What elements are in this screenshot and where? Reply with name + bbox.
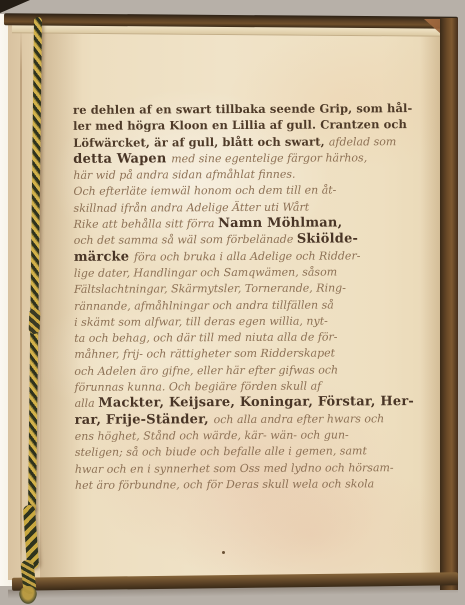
manuscript-text-segment: och det samma så wäl som förbelänade bbox=[74, 233, 297, 247]
manuscript-line: skillnad ifrån andra Adelige Ätter uti W… bbox=[73, 197, 405, 215]
manuscript-line: måhner, frij- och rättigheter som Ridder… bbox=[74, 344, 406, 362]
manuscript-line: här wid på andra sidan afmåhlat finnes. bbox=[73, 164, 405, 182]
manuscript-text-segment: afdelad som bbox=[329, 135, 397, 148]
manuscript-text-segment: ler med högra Kloon en Lillia af gull. C… bbox=[73, 117, 407, 133]
manuscript-line: ta och behag, och där till med niuta all… bbox=[74, 327, 406, 345]
manuscript-line: förunnas kunna. Och begiäre förden skull… bbox=[74, 376, 406, 394]
manuscript-line: i skämt som alfwar, till deras egen will… bbox=[74, 311, 406, 329]
page-gutter-crease bbox=[20, 28, 22, 578]
manuscript-line: steligen; så och biude och befalle alle … bbox=[75, 441, 407, 459]
manuscript-text-segment: ens höghet, Stånd och wärde, kär- wän- o… bbox=[75, 428, 349, 442]
manuscript-line: märcke föra och bruka i alla Adelige och… bbox=[74, 246, 406, 264]
manuscript-line: rar, Frije-Ständer, och alla andra efter… bbox=[75, 409, 407, 427]
manuscript-line: Rike att behålla sitt förra Namn Möhlman… bbox=[74, 213, 406, 231]
manuscript-line: lige dater, Handlingar och Samqwämen, så… bbox=[74, 262, 406, 280]
manuscript-line: Och efterläte iemwäl honom och dem till … bbox=[73, 181, 405, 199]
manuscript-line: ens höghet, Stånd och wärde, kär- wän- o… bbox=[75, 425, 407, 443]
manuscript-line: rännande, afmåhlningar och andra tillfäl… bbox=[74, 295, 406, 313]
manuscript-text-segment: Fältslachtningar, Skärmytsler, Tornerand… bbox=[74, 282, 346, 296]
manuscript-line: re dehlen af en swart tillbaka seende Gr… bbox=[73, 99, 405, 117]
manuscript-line: Löfwärcket, är af gull, blått och swart,… bbox=[73, 132, 405, 150]
manuscript-line: och Adelen äro gifne, eller här efter gi… bbox=[74, 360, 406, 378]
manuscript-line: hwar och en i synnerhet som Oss med lydn… bbox=[75, 458, 407, 476]
manuscript-text-segment: hwar och en i synnerhet som Oss med lydn… bbox=[75, 461, 394, 476]
manuscript-text-segment: måhner, frij- och rättigheter som Ridder… bbox=[74, 347, 335, 361]
manuscript-text-segment: Skiölde- bbox=[297, 232, 358, 247]
ink-speck bbox=[222, 551, 225, 554]
manuscript-line: alla Mackter, Keijsare, Koningar, Första… bbox=[75, 392, 407, 410]
bookmark-cord-bulge bbox=[29, 308, 41, 334]
manuscript-text-segment: föra och bruka i alla Adelige och Ridder… bbox=[134, 249, 361, 263]
manuscript-text-segment: Rike att behålla sitt förra bbox=[74, 217, 218, 231]
photo-corner-wedge bbox=[0, 0, 30, 13]
manuscript-text-segment: förunnas kunna. Och begiäre förden skull… bbox=[74, 380, 321, 394]
manuscript-photo: re dehlen af en swart tillbaka seende Gr… bbox=[0, 0, 465, 605]
manuscript-text: re dehlen af en swart tillbaka seende Gr… bbox=[73, 99, 407, 492]
manuscript-text-segment: re dehlen af en swart tillbaka seende Gr… bbox=[73, 101, 412, 117]
manuscript-text-segment: steligen; så och biude och befalle alle … bbox=[75, 445, 367, 460]
manuscript-text-segment: lige dater, Handlingar och Samqwämen, så… bbox=[74, 265, 337, 279]
manuscript-text-segment: ta och behag, och där till med niuta all… bbox=[74, 331, 337, 345]
manuscript-line: Fältslachtningar, Skärmytsler, Tornerand… bbox=[74, 278, 406, 296]
manuscript-text-segment: skillnad ifrån andra Adelige Ätter uti W… bbox=[74, 200, 310, 214]
manuscript-text-segment: alla bbox=[75, 397, 99, 410]
bookmark-cord-frayed-end bbox=[19, 586, 37, 604]
manuscript-text-segment: rännande, afmåhlningar och andra tillfäl… bbox=[74, 298, 334, 312]
manuscript-text-segment: här wid på andra sidan afmåhlat finnes. bbox=[73, 168, 295, 182]
manuscript-line: het äro förbundne, och för Deras skull w… bbox=[75, 474, 407, 492]
manuscript-text-segment: med sine egentelige färgor härhos, bbox=[171, 151, 367, 165]
manuscript-text-segment: och Adelen äro gifne, eller här efter gi… bbox=[74, 363, 338, 377]
manuscript-text-segment: Löfwärcket, är af gull, blått och swart, bbox=[73, 134, 329, 149]
manuscript-text-segment: het äro förbundne, och för Deras skull w… bbox=[75, 477, 374, 492]
manuscript-text-segment: och alla andra efter hwars och bbox=[214, 412, 385, 426]
manuscript-text-segment: i skämt som alfwar, till deras egen will… bbox=[74, 314, 328, 328]
manuscript-text-segment: Namn Möhlman, bbox=[218, 216, 342, 232]
manuscript-line: detta Wapen med sine egentelige färgor h… bbox=[73, 148, 405, 166]
manuscript-text-segment: rar, Frije-Ständer, bbox=[75, 412, 214, 428]
book-cover-right-edge bbox=[440, 18, 458, 590]
manuscript-text-segment: märcke bbox=[74, 249, 134, 264]
manuscript-line: ler med högra Kloon en Lillia af gull. C… bbox=[73, 115, 405, 133]
manuscript-text-segment: detta Wapen bbox=[73, 151, 171, 167]
manuscript-text-segment: Och efterläte iemwäl honom och dem till … bbox=[73, 184, 336, 198]
manuscript-line: och det samma så wäl som förbelänade Ski… bbox=[74, 230, 406, 248]
